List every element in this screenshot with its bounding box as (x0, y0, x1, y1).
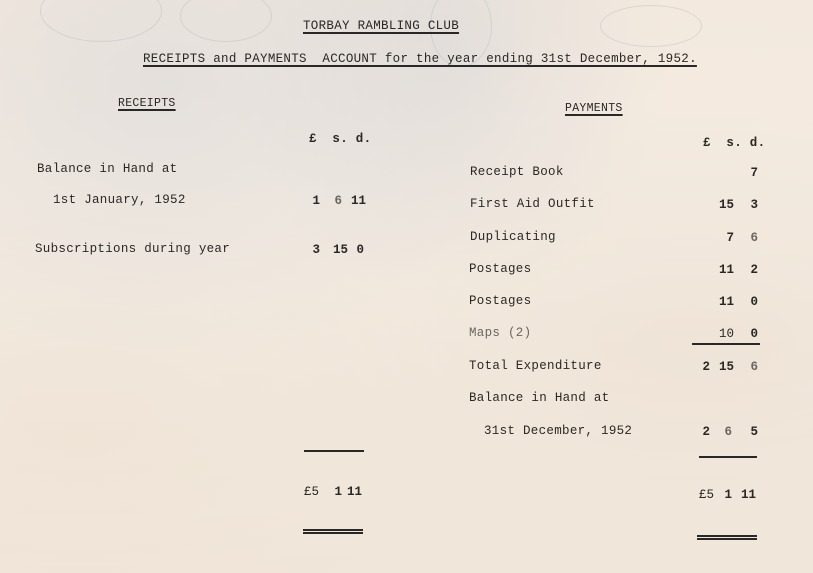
receipts-item-label: Balance in Hand at (37, 162, 177, 176)
total-expenditure-pence: 6 (744, 360, 758, 374)
closing-balance-label: Balance in Hand at (469, 391, 609, 405)
closing-balance-label: 31st December, 1952 (484, 424, 632, 438)
closing-balance-shillings: 6 (712, 425, 732, 439)
payments-item-label: First Aid Outfit (470, 197, 595, 211)
receipts-currency-header: £ s. d. (309, 132, 371, 146)
payments-item-pence: 6 (744, 231, 758, 245)
payments-item-label: Receipt Book (470, 165, 564, 179)
payments-total-pence: 11 (734, 488, 756, 502)
payments-total-pounds: £5 (688, 488, 714, 502)
payments-item-pence: 2 (744, 263, 758, 277)
receipts-item-label: Subscriptions during year (35, 242, 230, 256)
payments-total-double-rule (697, 535, 757, 540)
total-expenditure-label: Total Expenditure (469, 359, 602, 373)
receipts-total-pounds: £5 (293, 485, 319, 499)
paper-stain (40, 0, 162, 42)
payments-currency-header: £ s. d. (703, 136, 765, 150)
payments-item-pence: 0 (744, 295, 758, 309)
total-expenditure-shillings: 15 (712, 360, 734, 374)
receipts-sum-rule (304, 450, 364, 452)
paper-stain (600, 5, 702, 47)
payments-item-label: Duplicating (470, 230, 556, 244)
payments-item-shillings: 15 (712, 198, 734, 212)
receipts-item-pounds: 3 (300, 243, 320, 257)
payments-heading: PAYMENTS (565, 102, 623, 116)
payments-item-pence: 0 (744, 327, 758, 341)
document-title: TORBAY RAMBLING CLUB (303, 19, 459, 33)
receipts-item-pounds: 1 (300, 194, 320, 208)
payments-item-label: Maps (2) (469, 326, 531, 340)
paper-stain (180, 0, 272, 42)
payments-total-shillings: 1 (716, 488, 732, 502)
payments-item-shillings: 11 (712, 263, 734, 277)
receipts-item-pence: 11 (344, 194, 366, 208)
receipts-heading: RECEIPTS (118, 97, 176, 111)
payments-item-pence: 7 (744, 166, 758, 180)
payments-item-pence: 3 (744, 198, 758, 212)
receipts-item-shillings: 6 (322, 194, 342, 208)
total-expenditure-pounds: 2 (694, 360, 710, 374)
receipts-total-double-rule (303, 529, 363, 534)
payments-item-shillings: 7 (712, 231, 734, 245)
payments-subtotal-rule (692, 343, 760, 345)
payments-item-shillings: 10 (712, 327, 734, 341)
receipts-total-pence: 11 (340, 485, 362, 499)
document-subtitle: RECEIPTS and PAYMENTS ACCOUNT for the ye… (143, 52, 697, 66)
payments-item-shillings: 11 (712, 295, 734, 309)
payments-item-label: Postages (469, 294, 531, 308)
receipts-total-shillings: 1 (322, 485, 342, 499)
payments-sum-rule (699, 456, 757, 458)
receipts-item-pence: 0 (344, 243, 364, 257)
closing-balance-pence: 5 (744, 425, 758, 439)
closing-balance-pounds: 2 (694, 425, 710, 439)
payments-item-label: Postages (469, 262, 531, 276)
receipts-item-label: 1st January, 1952 (53, 193, 186, 207)
